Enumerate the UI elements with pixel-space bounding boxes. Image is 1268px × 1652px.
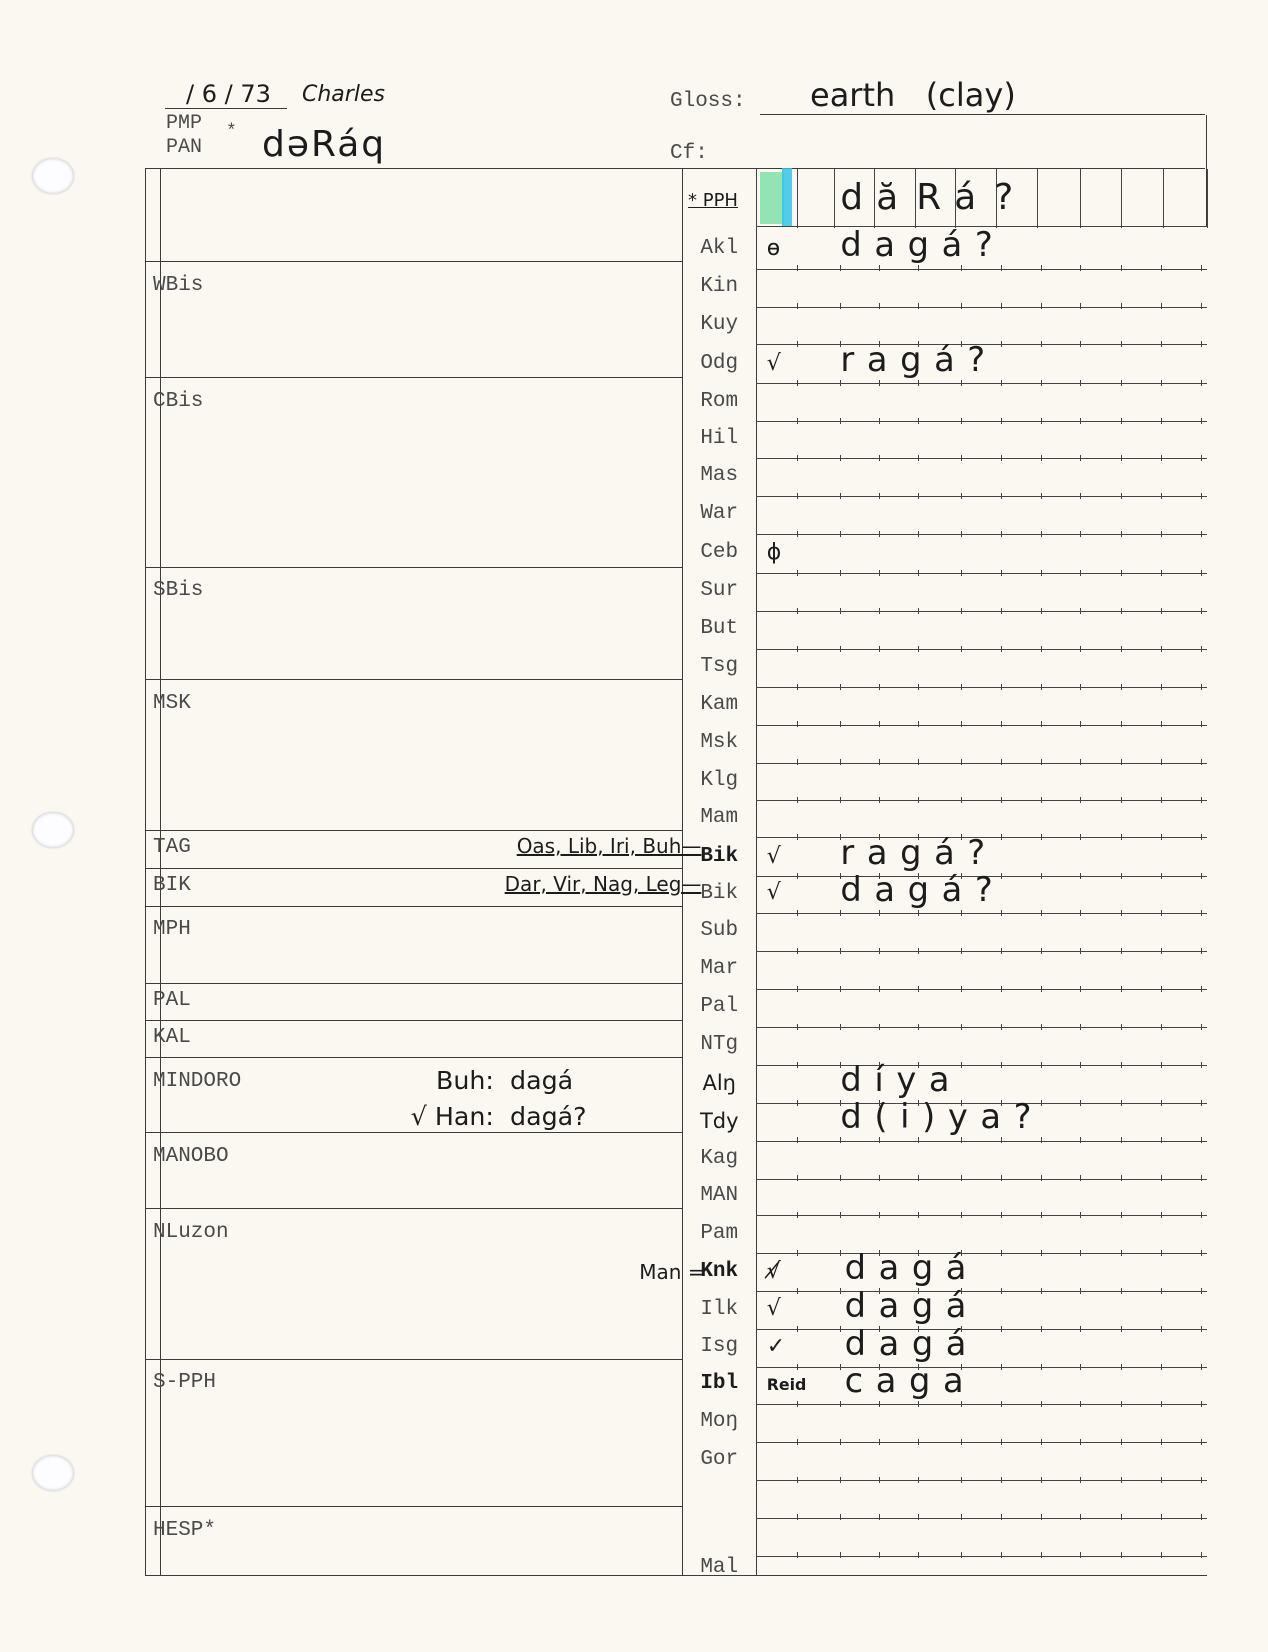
language-label: Gor [682,1448,756,1471]
grid-tick [1001,1024,1002,1030]
group-divider [145,1359,682,1360]
grid-tick [1041,1439,1042,1445]
grid-tick [1201,265,1202,271]
grid-tick [1161,1364,1162,1370]
grid-line [756,1367,1207,1368]
grid-tick [1041,797,1042,803]
grid-tick [1001,684,1002,690]
grid-tick [1080,834,1081,840]
grid-tick [1201,910,1202,916]
grid-tick [1001,418,1002,424]
cognate-form: dagá [845,1324,979,1363]
grid-tick [840,910,841,916]
grid-tick [797,759,798,765]
language-label: Ceb [682,541,756,564]
grid-tick [1201,608,1202,614]
grid-tick [961,1212,962,1218]
grid-tick [797,1552,798,1558]
grid-tick [918,1439,919,1445]
binder-hole-top [32,158,74,194]
grid-tick [1080,531,1081,537]
grid-tick [918,455,919,461]
grid-line [756,1215,1207,1216]
grid-tick [1121,1514,1122,1520]
pph-cell-divider [1080,169,1081,228]
grid-tick [840,265,841,271]
grid-line [756,951,1207,952]
grid-tick [1001,1250,1002,1256]
language-label: Kuy [682,313,756,336]
grid-tick [1161,303,1162,309]
grid-tick [1121,1288,1122,1294]
mindoro-note: Buh: dagá [436,1066,573,1095]
grid-tick [1080,303,1081,309]
grid-tick [1161,834,1162,840]
grid-tick [1121,341,1122,347]
grid-tick [1201,646,1202,652]
grid-tick [879,380,880,386]
highlight-mark-cyan [782,168,792,226]
grid-tick [961,1024,962,1030]
grid-tick [1161,910,1162,916]
grid-tick [879,986,880,992]
grid-tick [1001,1401,1002,1407]
group-label: TAG [153,836,191,859]
grid-tick [1161,1439,1162,1445]
grid-tick [1080,455,1081,461]
grid-tick [840,759,841,765]
grid-tick [879,1552,880,1558]
grid-tick [1001,1212,1002,1218]
grid-tick [1041,1364,1042,1370]
grid-tick [797,531,798,537]
grid-line [756,1027,1207,1028]
check-mark: √ [767,880,781,905]
grid-tick [1080,910,1081,916]
grid-tick [1041,1326,1042,1332]
grid-line [756,611,1207,612]
grid-tick [879,646,880,652]
binder-hole-bottom [32,1455,74,1491]
language-label: Bik [682,882,756,905]
grid-line [756,1253,1207,1254]
grid-tick [1041,493,1042,499]
grid-tick [797,646,798,652]
language-label: Tsg [682,655,756,678]
grid-tick [1041,948,1042,954]
grid-tick [1201,531,1202,537]
grid-tick [1121,1439,1122,1445]
group-label: WBis [153,274,203,297]
grid-tick [797,1175,798,1181]
grid-tick [1201,797,1202,803]
grid-tick [1201,493,1202,499]
grid-tick [797,1100,798,1106]
grid-tick [1121,570,1122,576]
grid-tick [797,1401,798,1407]
grid-tick [1121,684,1122,690]
grid-tick [961,797,962,803]
grid-tick [1161,1326,1162,1332]
grid-line [756,763,1207,764]
grid-tick [1161,1477,1162,1483]
grid-tick [1080,608,1081,614]
grid-tick [1001,646,1002,652]
grid-tick [840,646,841,652]
grid-tick [840,721,841,727]
grid-tick [1080,1364,1081,1370]
grid-tick [840,1477,841,1483]
grid-tick [840,797,841,803]
grid-line [756,1556,1207,1557]
grid-tick [1080,1477,1081,1483]
grid-tick [797,265,798,271]
grid-tick [1080,1212,1081,1218]
grid-tick [1001,1477,1002,1483]
pph-form-segment: ? [994,177,1013,218]
grid-line [756,1480,1207,1481]
grid-tick [797,684,798,690]
grid-tick [1201,1288,1202,1294]
grid-tick [840,608,841,614]
grid-tick [1121,1552,1122,1558]
grid-tick [797,418,798,424]
language-label: Ilk [682,1298,756,1321]
grid-tick [1121,1212,1122,1218]
grid-tick [879,570,880,576]
language-label: Kin [682,275,756,298]
grid-tick [1080,418,1081,424]
grid-tick [961,1401,962,1407]
grid-tick [797,721,798,727]
grid-tick [1121,1137,1122,1143]
grid-tick [1001,265,1002,271]
grid-tick [1201,684,1202,690]
grid-tick [961,1477,962,1483]
grid-tick [1080,759,1081,765]
cognate-form: díya [840,1060,962,1099]
grid-tick [918,1175,919,1181]
gloss-underline [760,114,1205,115]
grid-tick [1001,910,1002,916]
frame-left-outer [145,168,146,1576]
grid-tick [1041,759,1042,765]
pph-cell-divider [834,169,835,228]
grid-tick [1161,1250,1162,1256]
language-label: Msk [682,731,756,754]
grid-tick [879,608,880,614]
group-label: NLuzon [153,1221,229,1244]
grid-tick [918,493,919,499]
grid-tick [1121,531,1122,537]
grid-tick [840,986,841,992]
pph-form-segment: R [916,177,941,218]
grid-tick [840,1175,841,1181]
grid-tick [1001,948,1002,954]
language-label: Mar [682,957,756,980]
grid-tick [797,1212,798,1218]
group-divider [145,983,682,984]
language-label: But [682,617,756,640]
grid-tick [797,910,798,916]
grid-line [756,1179,1207,1180]
grid-tick [1080,684,1081,690]
grid-tick [1041,1024,1042,1030]
grid-tick [797,1514,798,1520]
grid-tick [918,684,919,690]
grid-tick [1121,646,1122,652]
proto-level-pmp: PMP [166,112,202,135]
grid-tick [1161,948,1162,954]
pph-form-segment: d [840,177,863,218]
grid-tick [840,1250,841,1256]
grid-line [756,458,1207,459]
grid-tick [840,418,841,424]
group-label: MANOBO [153,1145,229,1168]
grid-tick [1041,418,1042,424]
cognate-form: ragá? [840,833,997,872]
grid-tick [1080,570,1081,576]
grid-line [756,269,1207,270]
grid-tick [879,1401,880,1407]
grid-tick [797,986,798,992]
grid-tick [879,455,880,461]
group-divider [145,1020,682,1021]
grid-tick [1121,1175,1122,1181]
grid-tick [1041,608,1042,614]
pph-cell-divider [1037,169,1038,228]
grid-tick [1041,1401,1042,1407]
grid-tick [1041,1514,1042,1520]
grid-tick [797,1477,798,1483]
grid-tick [1080,1288,1081,1294]
pph-form-segment: ă [876,177,898,218]
date: / 6 / 73 [186,80,271,108]
language-label: Odg [682,352,756,375]
grid-tick [1201,303,1202,309]
grid-tick [1201,1477,1202,1483]
grid-tick [961,1137,962,1143]
grid-tick [797,1439,798,1445]
source-note: Reid [767,1375,807,1394]
grid-tick [1001,721,1002,727]
frame-left-inner [160,168,161,1576]
binder-hole-middle [32,812,74,848]
grid-tick [1080,265,1081,271]
grid-tick [797,608,798,614]
grid-tick [797,570,798,576]
grid-tick [879,759,880,765]
grid-line [756,649,1207,650]
grid-tick [1121,873,1122,879]
grid-tick [879,910,880,916]
grid-tick [1161,341,1162,347]
grid-tick [879,1212,880,1218]
grid-tick [1201,1100,1202,1106]
grid-tick [797,1062,798,1068]
language-label: Sub [682,919,756,942]
grid-tick [840,1514,841,1520]
pph-label-text: * PPH [688,190,738,211]
grid-tick [797,1024,798,1030]
grid-tick [879,1175,880,1181]
language-label: Isg [682,1335,756,1358]
cognate-form: dagá [845,1248,979,1287]
grid-tick [961,531,962,537]
grid-tick [1121,303,1122,309]
grid-tick [918,1212,919,1218]
grid-tick [1121,1250,1122,1256]
grid-line [756,1329,1207,1330]
group-label: S-PPH [153,1371,216,1394]
grid-tick [961,493,962,499]
group-label: SBis [153,579,203,602]
grid-tick [840,1326,841,1332]
grid-tick [961,1439,962,1445]
grid-tick [918,721,919,727]
grid-tick [1121,418,1122,424]
grid-tick [879,303,880,309]
grid-tick [1001,531,1002,537]
cognate-form: dagá [845,1286,979,1325]
grid-tick [1161,380,1162,386]
grid-tick [1041,721,1042,727]
language-label: Alŋ [682,1071,756,1095]
grid-tick [961,1552,962,1558]
grid-tick [1201,1212,1202,1218]
pph-label: * PPH [688,190,738,211]
grid-line [756,1404,1207,1405]
grid-tick [918,1514,919,1520]
group-divider [145,1506,682,1507]
grid-tick [879,1137,880,1143]
grid-tick [1161,684,1162,690]
grid-line [756,496,1207,497]
language-label: Knk [682,1260,756,1283]
reconstruction: dəRáq [262,124,386,165]
grid-tick [797,797,798,803]
grid-tick [1041,341,1042,347]
language-label: Rom [682,390,756,413]
pph-cell-divider [1207,169,1208,228]
pph-form-segment: á [954,177,976,218]
grid-tick [1080,1100,1081,1106]
grid-tick [961,684,962,690]
grid-tick [961,1175,962,1181]
dialect-note: Dar, Vir, Nag, Leg— [505,872,702,896]
pph-cell-divider [1121,169,1122,228]
grid-tick [1121,265,1122,271]
group-divider [145,906,682,907]
grid-tick [1121,910,1122,916]
grid-tick [1041,834,1042,840]
grid-tick [1080,341,1081,347]
grid-tick [1121,1100,1122,1106]
group-divider [145,1208,682,1209]
check-mark: √ [767,844,781,869]
grid-tick [1041,1288,1042,1294]
grid-tick [797,1250,798,1256]
grid-tick [879,721,880,727]
grid-tick [1001,608,1002,614]
grid-tick [1161,873,1162,879]
grid-tick [961,948,962,954]
grid-tick [918,531,919,537]
language-label: Bik [682,845,756,868]
grid-tick [1080,1062,1081,1068]
grid-tick [840,380,841,386]
grid-tick [1161,721,1162,727]
frame-label-column-divider [756,168,757,1576]
grid-tick [1201,570,1202,576]
grid-tick [1121,1364,1122,1370]
grid-line [756,1141,1207,1142]
grid-tick [840,1024,841,1030]
gloss-value[interactable]: earth (clay) [810,76,1016,114]
grid-tick [1001,1288,1002,1294]
grid-tick [1121,797,1122,803]
check-mark: ө [767,236,780,261]
grid-tick [1161,608,1162,614]
language-label: Pal [682,995,756,1018]
grid-tick [840,1364,841,1370]
group-label: BIK [153,874,191,897]
gloss-label: Gloss: [670,90,746,113]
grid-tick [1041,531,1042,537]
grid-tick [918,380,919,386]
grid-line [756,383,1207,384]
grid-tick [1001,1175,1002,1181]
grid-tick [1121,455,1122,461]
grid-tick [1080,1326,1081,1332]
grid-tick [961,265,962,271]
grid-tick [1001,455,1002,461]
grid-tick [840,1288,841,1294]
grid-tick [918,303,919,309]
grid-tick [1041,1175,1042,1181]
grid-tick [797,1326,798,1332]
grid-tick [961,455,962,461]
language-label: War [682,502,756,525]
grid-tick [797,380,798,386]
group-label: CBis [153,390,203,413]
grid-tick [879,1477,880,1483]
grid-tick [879,531,880,537]
grid-tick [1080,1514,1081,1520]
grid-tick [918,759,919,765]
grid-tick [1201,1401,1202,1407]
grid-tick [1080,721,1081,727]
grid-tick [840,303,841,309]
grid-tick [1001,1364,1002,1370]
mindoro-note: √ Han: dagá? [411,1102,587,1131]
grid-tick [840,493,841,499]
group-divider [145,679,682,680]
grid-tick [1041,380,1042,386]
grid-line [756,1291,1207,1292]
grid-tick [797,1137,798,1143]
grid-tick [1161,1024,1162,1030]
grid-tick [1161,1212,1162,1218]
grid-tick [840,455,841,461]
language-label: Akl [682,237,756,260]
grid-line [756,913,1207,914]
grid-tick [1080,1552,1081,1558]
grid-tick [961,418,962,424]
frame-top [145,168,1205,169]
grid-tick [1001,759,1002,765]
grid-tick [918,1401,919,1407]
